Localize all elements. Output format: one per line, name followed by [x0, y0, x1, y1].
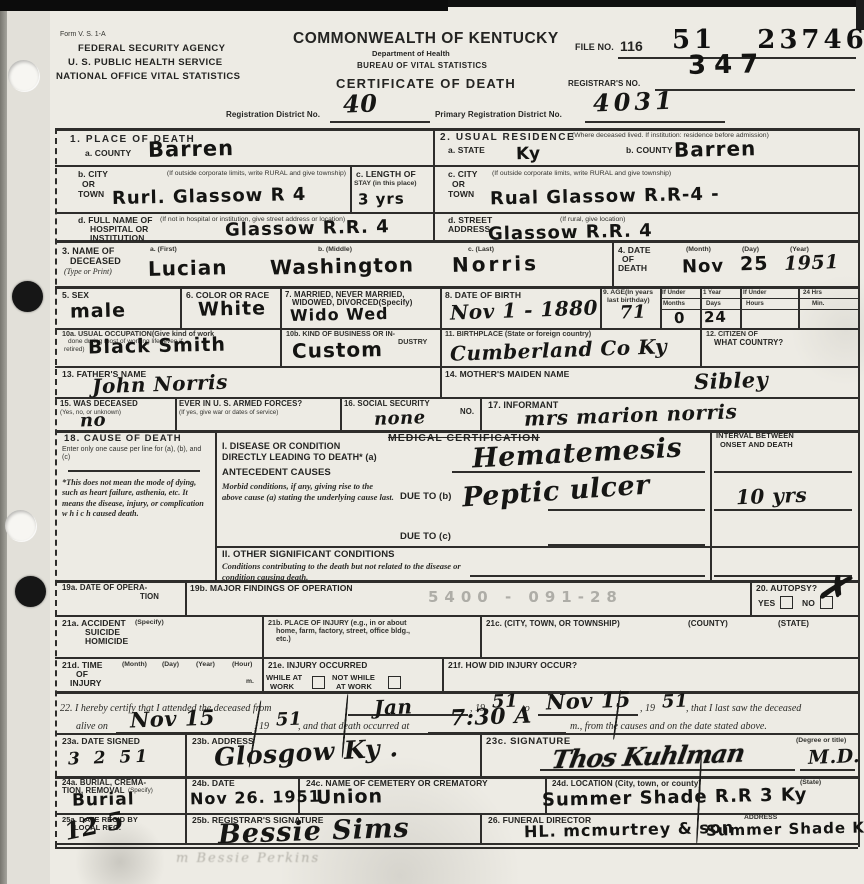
- ink-dot-2: [15, 576, 46, 607]
- injury-day-label: (Day): [162, 661, 179, 669]
- field-res-county-value: Barren: [674, 138, 757, 160]
- divider: [55, 813, 858, 815]
- divider: [280, 328, 282, 366]
- injury-month-label: (Month): [122, 661, 147, 669]
- divider: [185, 580, 187, 615]
- reg-district-label: Registration District No.: [226, 110, 320, 119]
- divider: [280, 286, 282, 328]
- field-injury-county-label: (COUNTY): [688, 619, 728, 628]
- divider: [55, 286, 858, 289]
- certify-year-2: 51: [662, 693, 689, 712]
- field-stay-value: 3 yrs: [358, 192, 405, 208]
- field-age-min-h: Min.: [812, 300, 824, 307]
- while-at-work-label-2: WORK: [270, 683, 294, 692]
- field-state-value: Ky: [516, 146, 542, 164]
- registrar-no-line: [655, 89, 855, 91]
- field-hospital-value: Glassow R.R. 4: [225, 218, 390, 239]
- field-sex-value: male: [70, 301, 126, 321]
- findings-faint-stamp: 5400 - 091-28: [428, 590, 623, 605]
- file-no-stamp: 51 23746: [672, 27, 864, 53]
- due-to-c-label: DUE TO (c): [400, 532, 451, 543]
- field-age-h2: 1 Year: [703, 289, 721, 296]
- divider: [262, 615, 264, 657]
- field-funeral-director-value: HL. mcmurtrey & son: [524, 820, 734, 840]
- field-armed-forces-value: no: [80, 412, 107, 431]
- field-mother-label: 14. MOTHER'S MAIDEN NAME: [445, 370, 569, 380]
- field-age-hours-h: Hours: [746, 300, 764, 307]
- divider: [600, 286, 602, 328]
- divider: [215, 546, 858, 548]
- other-conditions-line: [470, 575, 705, 577]
- form-right-edge: [858, 128, 860, 847]
- field-dod-label-3: DEATH: [618, 264, 647, 274]
- divider: [440, 366, 442, 397]
- registrar-no-value: 347: [688, 51, 767, 79]
- certify-text-5: , that I last saw the deceased: [686, 702, 801, 715]
- field-father-value: John Norris: [92, 372, 229, 397]
- divider: [55, 615, 858, 617]
- field-cause-title: 18. CAUSE OF DEATH: [64, 434, 182, 444]
- field-armed-forces-note-2: (If yes, give war or dates of service): [179, 409, 278, 416]
- certify-alive-value: Nov 15: [130, 707, 216, 731]
- agency-line-2: U. S. PUBLIC HEALTH SERVICE: [68, 58, 223, 69]
- field-ssn-label-2: NO.: [460, 408, 474, 417]
- field-state-label: a. STATE: [448, 146, 485, 156]
- divider: [55, 847, 858, 849]
- interval-a-line: [714, 471, 852, 473]
- field-city-note: (If outside corporate limits, write RURA…: [122, 170, 346, 178]
- degree-line: [800, 769, 855, 771]
- other-conditions-note: Conditions contributing to the death but…: [222, 561, 482, 582]
- field-armed-forces-label-2: EVER IN U. S. ARMED FORCES?: [179, 400, 302, 409]
- field-ssn-value: none: [374, 409, 426, 429]
- antecedent-label: ANTECEDENT CAUSES: [222, 468, 331, 479]
- not-while-at-work-checkbox: [388, 676, 401, 689]
- field-dod-month-label: (Month): [686, 246, 711, 254]
- interval-b-value: 10 yrs: [736, 485, 808, 507]
- field-res-county-label: b. COUNTY: [626, 146, 673, 156]
- field-age-days-value: 24: [704, 310, 727, 325]
- divider: [740, 286, 742, 328]
- certify-alive-line: [116, 732, 252, 734]
- primary-district-value: 4031: [593, 89, 677, 116]
- divider: [480, 615, 482, 657]
- field-occupation-label-3: retired): [64, 346, 85, 354]
- divider: [55, 212, 858, 214]
- autopsy-no-label: NO: [802, 599, 815, 609]
- primary-district-label: Primary Registration District No.: [435, 110, 562, 119]
- field-injury-occurred-label: 21e. INJURY OCCURRED: [268, 661, 367, 670]
- divider: [180, 286, 182, 328]
- certify-text-6: alive on: [76, 720, 108, 733]
- divider: [340, 397, 342, 430]
- field-first-label: a. (First): [150, 246, 177, 254]
- cause-c-line: [548, 544, 705, 546]
- field-race-value: White: [198, 299, 266, 319]
- field-stay-label-1: c. LENGTH OF: [356, 170, 416, 180]
- divider: [68, 470, 200, 472]
- punch-hole-bottom: [5, 510, 36, 541]
- field-county-value: Barren: [148, 138, 235, 161]
- field-date-signed-label: 23a. DATE SIGNED: [62, 737, 140, 747]
- field-age-months-h: Months: [663, 300, 685, 307]
- divider: [612, 240, 614, 286]
- punch-hole-top: [8, 60, 39, 91]
- field-how-injury-label: 21f. HOW DID INJURY OCCUR?: [448, 661, 577, 671]
- field-burial-date-label: 24b. DATE: [192, 779, 235, 789]
- certify-text-4: , 19: [640, 702, 655, 715]
- certify-time-value: 7:30 A: [450, 705, 532, 730]
- binding-margin: [0, 0, 50, 884]
- pencil-annotation: m Bessie Perkins: [176, 852, 320, 865]
- field-citizen-label-2: WHAT COUNTRY?: [714, 339, 783, 348]
- field-informant-value: mrs marion norris: [524, 401, 738, 428]
- divider: [660, 298, 858, 299]
- death-certificate-scan: Form V. S. 1-A FEDERAL SECURITY AGENCY U…: [0, 0, 864, 884]
- divider: [55, 128, 858, 131]
- divider: [750, 580, 752, 615]
- field-first-value: Lucian: [148, 257, 228, 279]
- field-burial-value: Burial: [72, 791, 135, 809]
- certify-year-3: 51: [276, 711, 303, 730]
- field-industry-label-2: DUSTRY: [398, 338, 427, 346]
- field-occupation-value: Black Smith: [88, 336, 226, 358]
- divider: [480, 733, 482, 776]
- agency-line-3: NATIONAL OFFICE VITAL STATISTICS: [56, 72, 240, 83]
- field-birthplace-value: Cumberland Co Ky: [450, 336, 668, 364]
- field-armed-forces-label-1: 15. WAS DECEASED: [60, 400, 138, 409]
- autopsy-yes-label: YES: [758, 599, 775, 609]
- field-date-signed-value: 3 2 51: [68, 749, 152, 769]
- field-county-label: a. COUNTY: [85, 149, 131, 159]
- cause-b-line: [548, 509, 705, 511]
- field-accident-note: (Specify): [135, 619, 164, 627]
- field-registrar-sig-value: Bessie Sims: [218, 815, 411, 849]
- field-injury-city-label: 21c. (CITY, TOWN, OR TOWNSHIP): [486, 619, 620, 628]
- autopsy-mark: ✗: [815, 567, 852, 609]
- field-stay-label-2: STAY (in this place): [354, 180, 432, 188]
- field-street-label-2: ADDRESS: [448, 225, 490, 235]
- field-operation-date-label-2: TION: [140, 593, 159, 602]
- field-cemetery-value: Union: [316, 787, 383, 807]
- field-autopsy-label: 20. AUTOPSY?: [756, 584, 817, 594]
- bureau-vital-statistics: BUREAU OF VITAL STATISTICS: [357, 61, 487, 70]
- field-street-value: Glassow R.R. 4: [488, 222, 653, 243]
- primary-district-line: [585, 121, 725, 123]
- scan-left-edge: [0, 0, 7, 884]
- reg-district-line: [330, 121, 430, 123]
- field-middle-label: b. (Middle): [318, 246, 352, 254]
- other-conditions-label: II. OTHER SIGNIFICANT CONDITIONS: [222, 550, 395, 561]
- not-while-at-work-label-2: AT WORK: [336, 683, 372, 692]
- degree-value: M.D.: [808, 747, 861, 768]
- certify-from-value: Jan: [374, 696, 413, 717]
- field-age-h1: If Under: [662, 289, 685, 296]
- degree-or-title-label: (Degree or title): [796, 737, 846, 745]
- injury-m-label: m.: [246, 678, 254, 686]
- divider: [185, 776, 187, 813]
- field-dod-year-value: 1951: [784, 253, 840, 274]
- interval-b-line: [714, 509, 852, 511]
- divider: [710, 430, 712, 580]
- field-accident-label-3: HOMICIDE: [85, 637, 128, 647]
- divider: [175, 397, 177, 430]
- form-number: Form V. S. 1-A: [60, 31, 106, 39]
- funeral-address-value: Summer Shade Ky: [706, 820, 864, 839]
- divider: [55, 657, 858, 659]
- field-dob-value: Nov 1 - 1880: [450, 297, 599, 322]
- divider: [798, 286, 800, 328]
- field-injury-place-label-2: home, farm, factory, street, office bldg…: [276, 627, 410, 635]
- field-dod-month-value: Nov: [682, 258, 725, 277]
- file-no-label: FILE NO.: [575, 42, 614, 52]
- field-industry-value: Custom: [292, 339, 383, 361]
- divider: [700, 286, 702, 328]
- divider: [185, 813, 187, 843]
- divider: [185, 733, 187, 776]
- divider: [480, 397, 482, 430]
- certify-to-line: [538, 714, 638, 716]
- field-injury-place-label-3: etc.): [276, 635, 291, 643]
- dept-of-health: Department of Health: [372, 50, 450, 59]
- field-burial-location-value: Summer Shade R.R 3 Ky: [542, 786, 808, 810]
- field-age-label-1: 9. AGE(In years: [603, 289, 653, 297]
- divider: [262, 657, 264, 691]
- field-injury-state-label: (STATE): [778, 619, 809, 628]
- field-res-city-label-3: TOWN: [448, 190, 474, 200]
- field-cause-instr: Enter only one cause per line for (a), (…: [62, 446, 208, 463]
- field-age-h3: If Under: [743, 289, 766, 296]
- ink-dot-1: [12, 281, 43, 312]
- autopsy-yes-checkbox: [780, 596, 793, 609]
- field-burial-date-value: Nov 26. 1951: [190, 789, 321, 808]
- field-name-label-1: 3. NAME OF: [62, 246, 115, 256]
- file-no-printed: 116: [620, 38, 643, 54]
- field-city-value: Rurl. Glassow R 4: [112, 186, 307, 208]
- divider: [440, 328, 442, 366]
- field-hospital-label-3: INSTITUTION: [90, 234, 144, 244]
- disease-label-2: DIRECTLY LEADING TO DEATH* (a): [222, 452, 377, 462]
- injury-hour-label: (Hour): [232, 661, 252, 669]
- field-city-label-3: TOWN: [78, 190, 104, 200]
- divider: [700, 328, 702, 366]
- field-findings-label: 19b. MAJOR FINDINGS OF OPERATION: [190, 584, 353, 594]
- due-to-b-label: DUE TO (b): [400, 492, 452, 503]
- antecedent-note: Morbid conditions, if any, giving rise t…: [222, 481, 394, 502]
- injury-year-label: (Year): [196, 661, 215, 669]
- divider: [440, 286, 442, 328]
- commonwealth-title: COMMONWEALTH OF KENTUCKY: [293, 30, 559, 48]
- field-age-months-value: 0: [674, 311, 686, 326]
- divider: [442, 657, 444, 691]
- field-mother-value: Sibley: [694, 369, 769, 393]
- field-res-city-note: (If outside corporate limits, write RURA…: [492, 170, 732, 178]
- divider: [55, 691, 858, 694]
- field-name-label-3: (Type or Print): [64, 267, 112, 277]
- reg-district-value: 40: [343, 91, 378, 116]
- certify-text-9: m., from the causes and on the date stat…: [570, 720, 767, 733]
- divider: [660, 309, 858, 310]
- while-at-work-checkbox: [312, 676, 325, 689]
- field-age-days-h: Days: [706, 300, 721, 307]
- field-usual-residence-title: 2. USUAL RESIDENCE: [440, 132, 575, 143]
- physician-signature-value: Thos Kuhlman: [550, 741, 746, 773]
- interval-header-2: ONSET AND DEATH: [720, 441, 793, 450]
- form-left-edge: [55, 128, 57, 847]
- certify-time-line: [428, 732, 566, 734]
- field-age-years-value: 71: [620, 304, 647, 323]
- field-cause-footnote: *This does not mean the mode of dying, s…: [62, 478, 210, 519]
- field-age-h4: 24 Hrs: [803, 289, 822, 296]
- field-operation-date-label-1: 19a. DATE OF OPERA-: [62, 584, 147, 593]
- divider: [480, 813, 482, 843]
- certify-text-8: , and that death occurred at: [298, 720, 409, 733]
- field-middle-value: Washington: [270, 254, 414, 277]
- divider: [433, 128, 435, 240]
- agency-line-1: FEDERAL SECURITY AGENCY: [78, 44, 225, 55]
- divider: [55, 240, 858, 243]
- field-address-value: Glosgow Ky .: [213, 735, 399, 770]
- field-injury-time-label-3: INJURY: [70, 679, 101, 689]
- field-res-city-value: Rual Glassow R.R-4 -: [490, 186, 720, 209]
- field-name-label-2: DECEASED: [70, 256, 121, 266]
- divider: [215, 430, 217, 580]
- field-marital-value: Wido Wed: [290, 306, 389, 324]
- field-dod-day-value: 25: [740, 255, 769, 275]
- cause-b-value: Peptic ulcer: [461, 471, 650, 511]
- disease-label-1: I. DISEASE OR CONDITION: [222, 441, 340, 451]
- scan-top-band-thick: [0, 0, 448, 11]
- divider: [55, 165, 858, 167]
- field-last-value: Norris: [452, 253, 539, 275]
- divider: [350, 165, 352, 212]
- divider: [55, 843, 858, 845]
